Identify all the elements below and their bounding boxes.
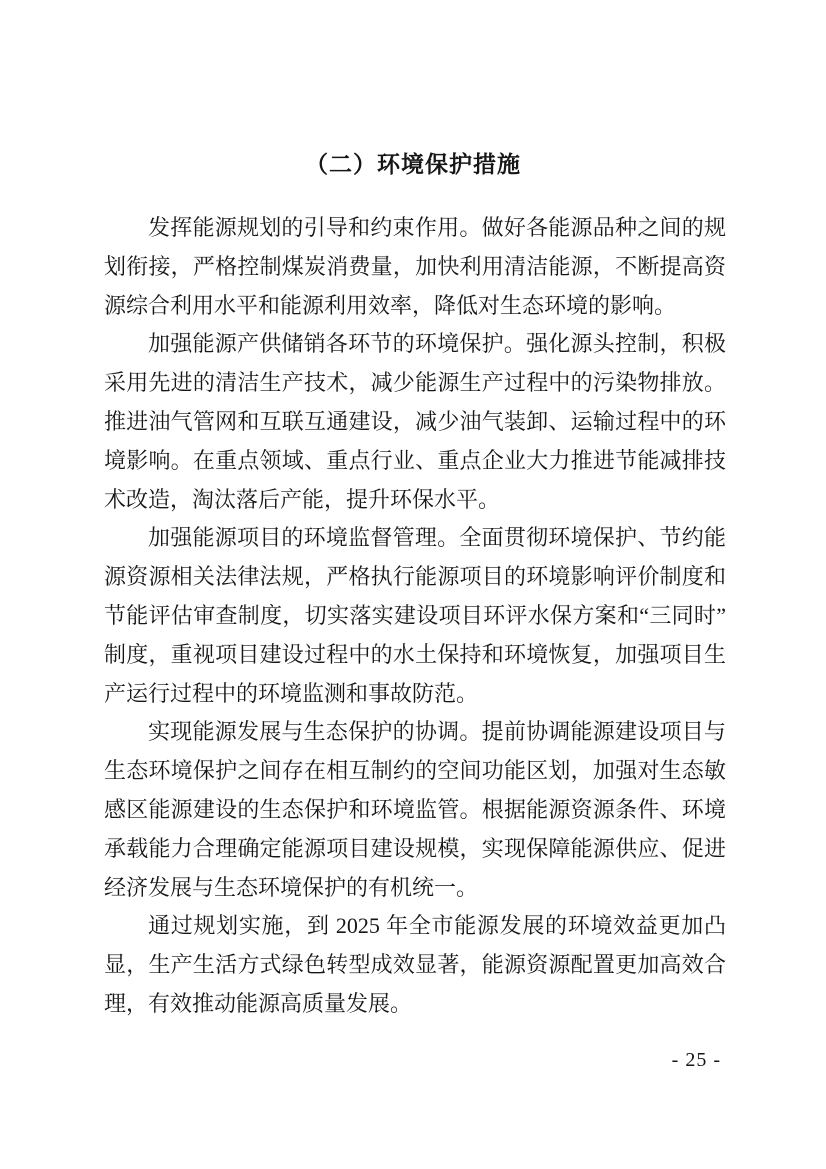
- paragraph-4-line-4: 承载能力合理确定能源项目建设规模，实现保障能源供应、促进: [104, 830, 726, 869]
- paragraph-2-line-4: 境影响。在重点领域、重点行业、重点企业大力推进节能减排技: [104, 442, 726, 481]
- paragraph-1-line-1: 发挥能源规划的引导和约束作用。做好各能源品种之间的规: [104, 209, 726, 248]
- paragraph-4-line-1: 实现能源发展与生态保护的协调。提前协调能源建设项目与: [104, 713, 726, 752]
- paragraph-2-line-2: 采用先进的清洁生产技术，减少能源生产过程中的污染物排放。: [104, 364, 726, 403]
- paragraph-5-line-1: 通过规划实施，到 2025 年全市能源发展的环境效益更加凸: [104, 907, 726, 946]
- paragraph-3-line-4: 制度，重视项目建设过程中的水土保持和环境恢复，加强项目生: [104, 636, 726, 675]
- paragraph-3-line-1: 加强能源项目的环境监督管理。全面贯彻环境保护、节约能: [104, 519, 726, 558]
- paragraph-4-line-5: 经济发展与生态环境保护的有机统一。: [104, 869, 726, 908]
- document-body: 发挥能源规划的引导和约束作用。做好各能源品种之间的规划衔接，严格控制煤炭消费量，…: [104, 209, 726, 1024]
- page-number: - 25 -: [672, 1046, 721, 1074]
- paragraph-4-line-2: 生态环境保护之间存在相互制约的空间功能区划，加强对生态敏: [104, 752, 726, 791]
- paragraph-5-line-2: 显，生产生活方式绿色转型成效显著，能源资源配置更加高效合: [104, 946, 726, 985]
- paragraph-2-line-1: 加强能源产供储销各环节的环境保护。强化源头控制，积极: [104, 325, 726, 364]
- paragraph-1-line-3: 源综合利用水平和能源利用效率，降低对生态环境的影响。: [104, 287, 726, 326]
- paragraph-2-line-3: 推进油气管网和互联互通建设，减少油气装卸、运输过程中的环: [104, 403, 726, 442]
- paragraph-2-line-5: 术改造，淘汰落后产能，提升环保水平。: [104, 481, 726, 520]
- paragraph-3-line-2: 源资源相关法律法规，严格执行能源项目的环境影响评价制度和: [104, 558, 726, 597]
- section-heading: （二）环境保护措施: [0, 149, 826, 181]
- document-page: （二）环境保护措施 发挥能源规划的引导和约束作用。做好各能源品种之间的规划衔接，…: [0, 0, 826, 1169]
- paragraph-4-line-3: 感区能源建设的生态保护和环境监管。根据能源资源条件、环境: [104, 791, 726, 830]
- paragraph-3-line-3: 节能评估审查制度，切实落实建设项目环评水保方案和“三同时”: [104, 597, 726, 636]
- paragraph-3-line-5: 产运行过程中的环境监测和事故防范。: [104, 675, 726, 714]
- paragraph-5-line-3: 理，有效推动能源高质量发展。: [104, 985, 726, 1024]
- paragraph-1-line-2: 划衔接，严格控制煤炭消费量，加快利用清洁能源，不断提高资: [104, 248, 726, 287]
